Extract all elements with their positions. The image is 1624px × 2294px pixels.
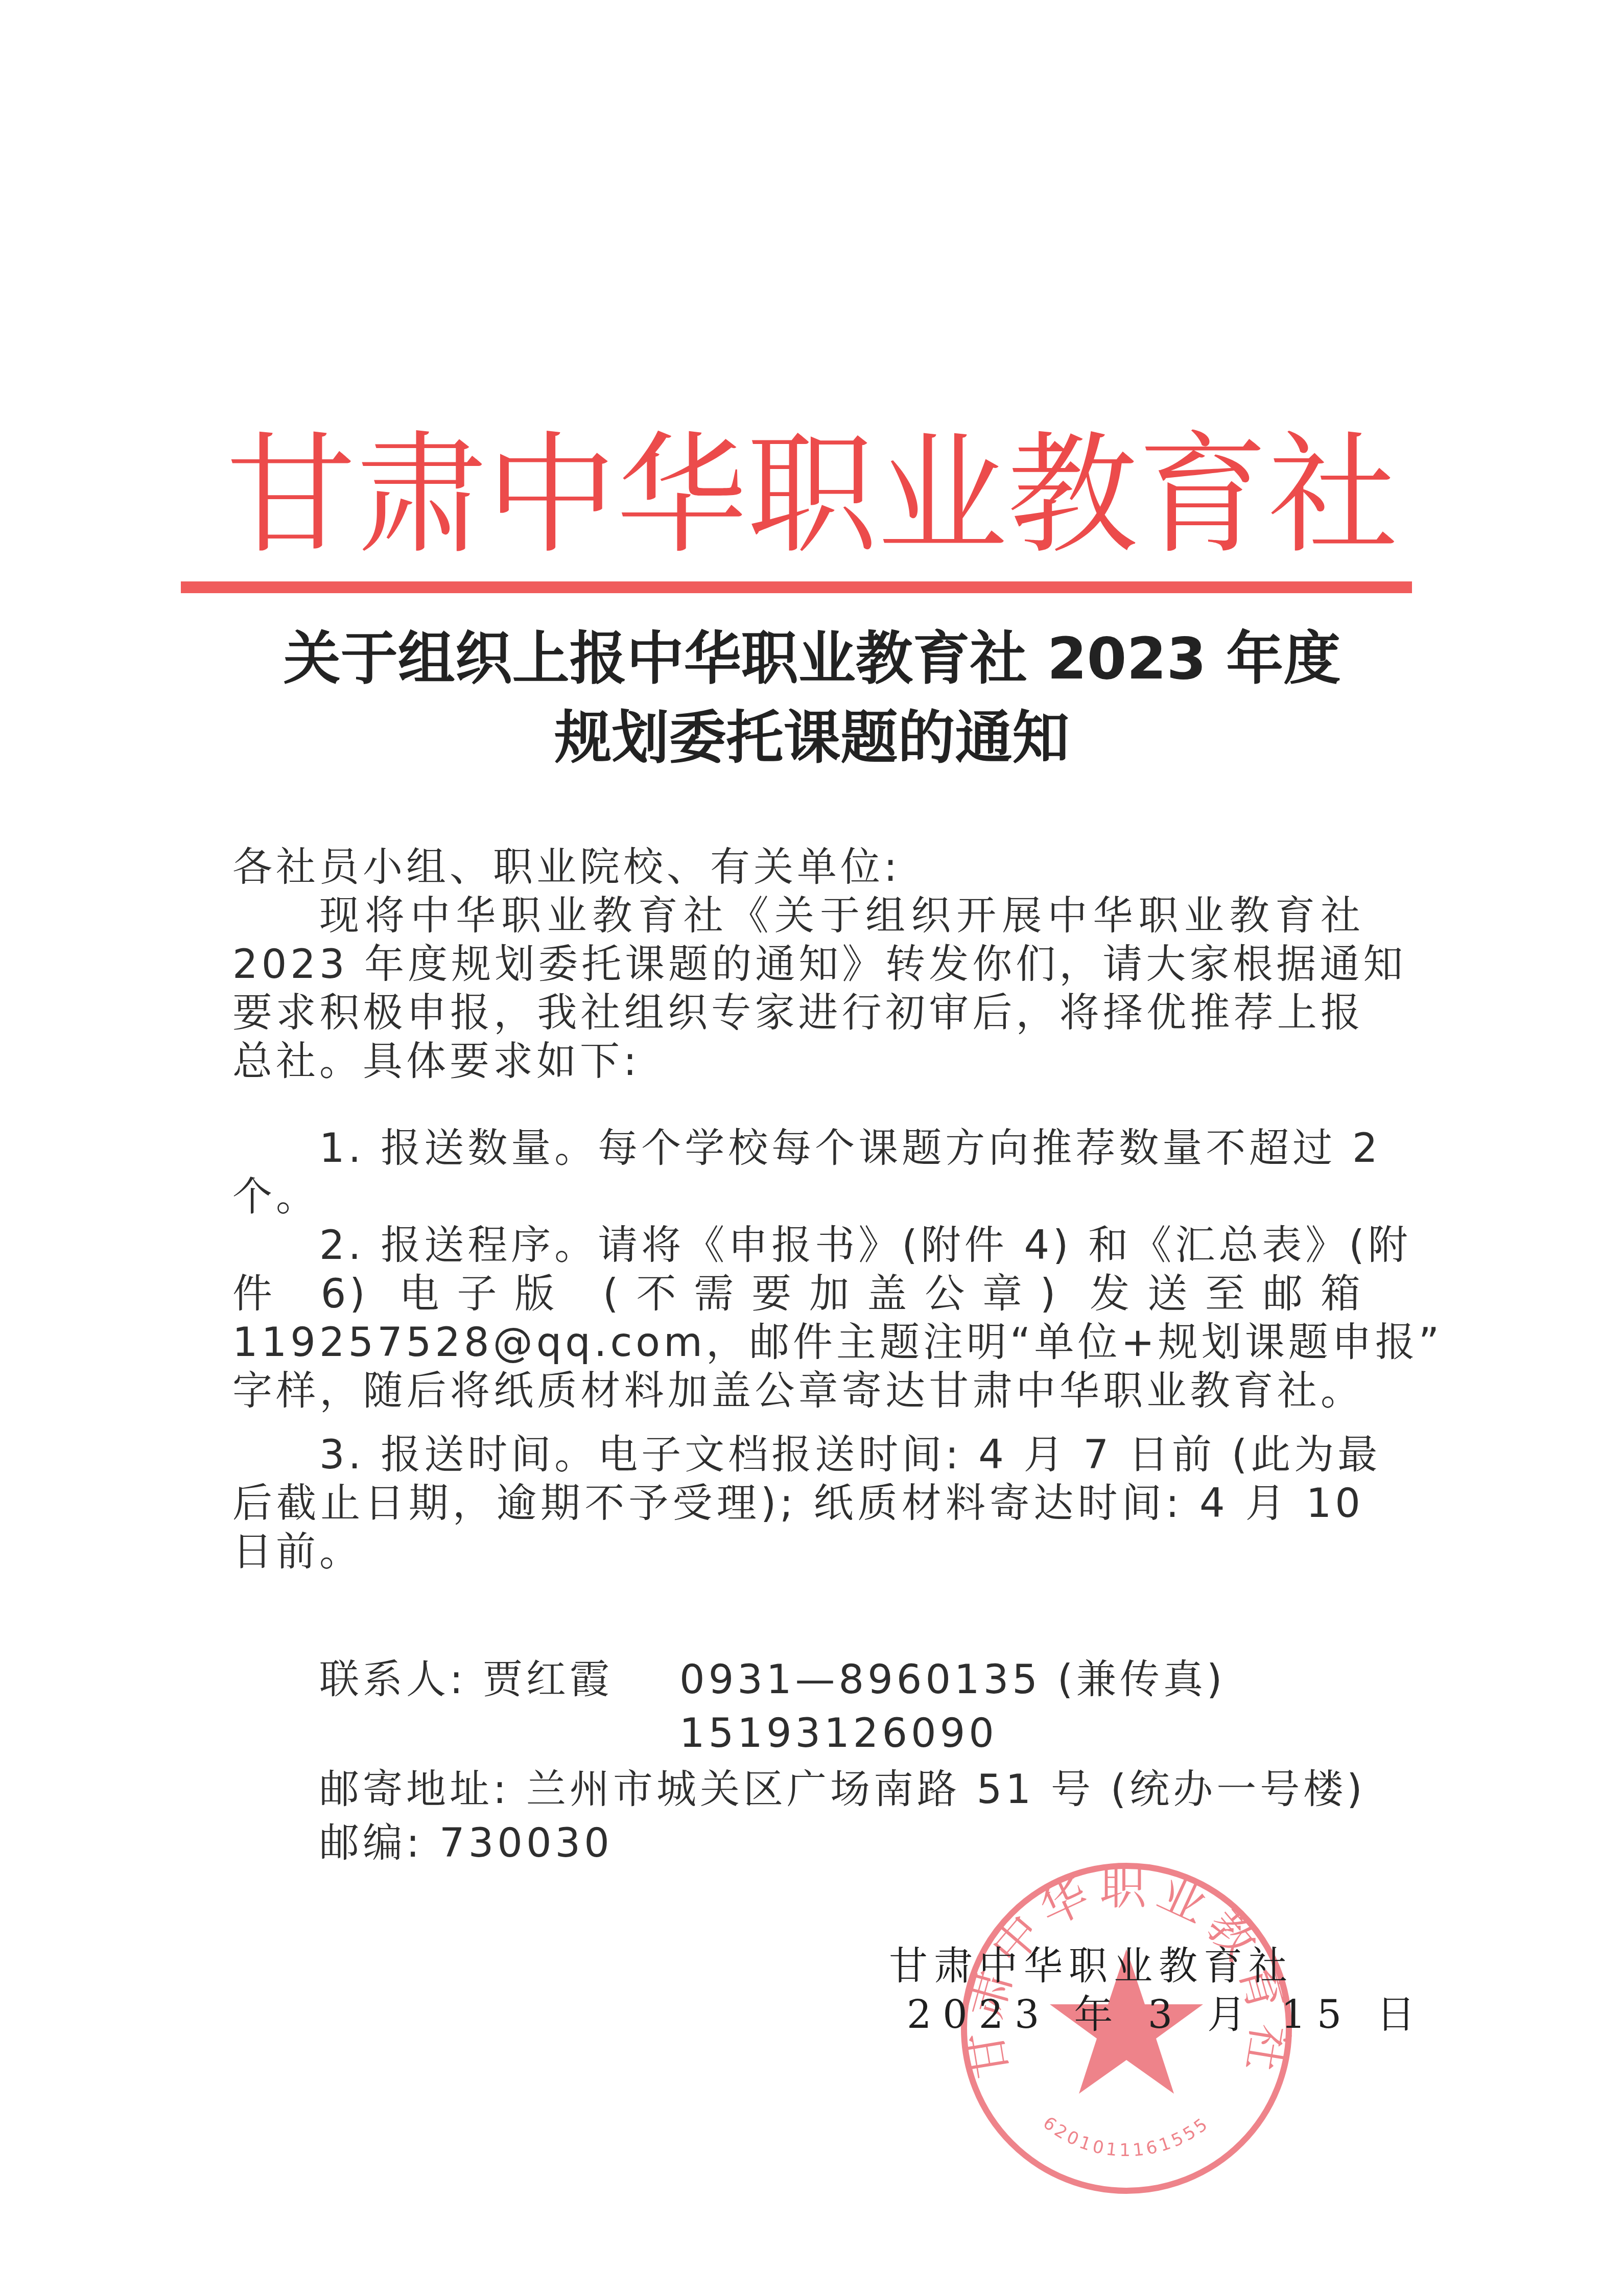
item2-line-1: 2. 报送程序。请将《申报书》(附件 4) 和《汇总表》(附 [232,1221,1364,1270]
intro-line-4: 总社。具体要求如下: [232,1037,1364,1086]
intro-line-2: 2023 年度规划委托课题的通知》转发你们，请大家根据通知 [232,940,1364,989]
contact-mobile: 15193126090 [679,1709,998,1758]
contact-phone: 0931—8960135 (兼传真) [679,1655,1226,1704]
item2-line-4: 字样，随后将纸质材料加盖公章寄达甘肃中华职业教育社。 [232,1367,1364,1416]
seal-number: 6201011161555 [1039,2113,1214,2161]
item3-line-2: 后截止日期，逾期不予受理); 纸质材料寄达时间: 4 月 10 [232,1479,1364,1528]
letterhead-organization: 甘肃中华职业教育社 [0,419,1624,572]
salutation: 各社员小组、职业院校、有关单位: [232,843,1364,892]
intro-line-1: 现将中华职业教育社《关于组织开展中华职业教育社 [232,892,1364,941]
signature-date: 2023 年 3 月 15 日 [907,1990,1315,2039]
document-title-line-2: 规划委托课题的通知 [0,700,1624,777]
signature-organization: 甘肃中华职业教育社 [889,1941,1298,1991]
letterhead-red-rule [181,581,1412,593]
item2-line-2: 件 6) 电子版 (不需要加盖公章) 发送至邮箱 [232,1270,1364,1319]
item2-email-line: 119257528@qq.com，邮件主题注明“单位+规划课题申报” [232,1318,1364,1367]
item3-line-1: 3. 报送时间。电子文档报送时间: 4 月 7 日前 (此为最 [232,1431,1364,1480]
postcode: 邮编: 730030 [319,1819,613,1868]
mailing-address: 邮寄地址: 兰州市城关区广场南路 51 号 (统办一号楼) [319,1765,1366,1814]
item1-line-2: 个。 [232,1173,1364,1222]
item3-line-3: 日前。 [232,1528,1364,1577]
intro-line-3: 要求积极申报，我社组织专家进行初审后，将择优推荐上报 [232,989,1364,1038]
contact-person: 联系人: 贾红霞 [319,1655,613,1704]
item1-line-1: 1. 报送数量。每个学校每个课题方向推荐数量不超过 2 [232,1124,1364,1173]
document-title-line-1: 关于组织上报中华职业教育社 2023 年度 [0,621,1624,697]
